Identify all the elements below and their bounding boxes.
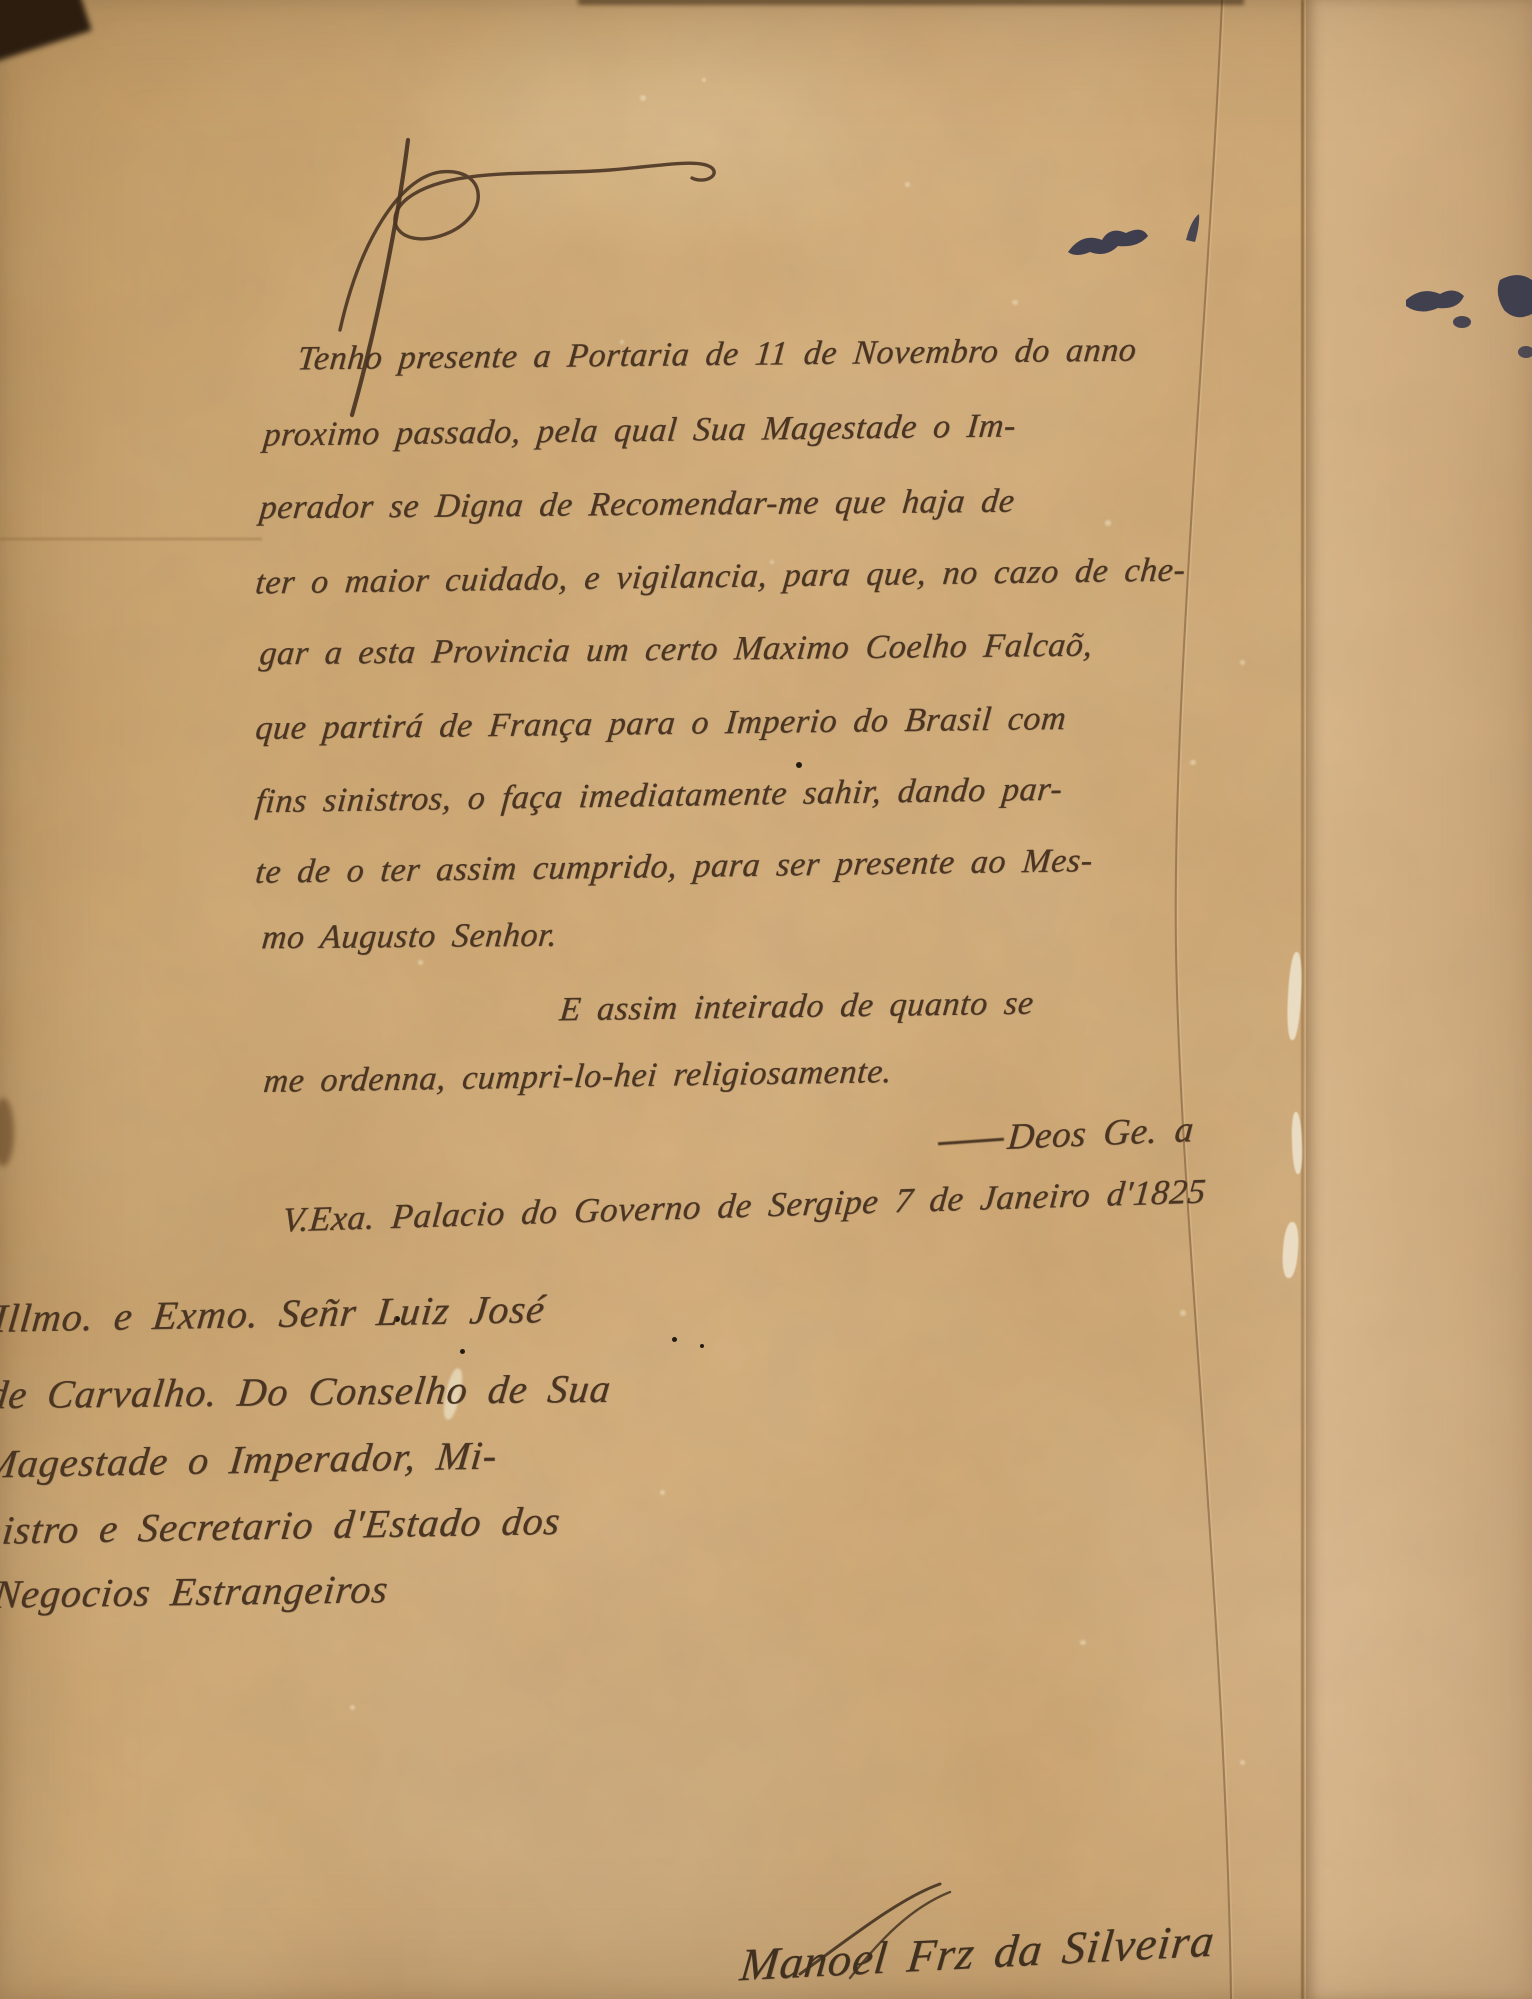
body-line: te de o ter assim cumprido, para ser pre…	[254, 842, 1095, 892]
body-line: proximo passado, pela qual Sua Magestade…	[262, 407, 1018, 454]
paper-speck	[905, 182, 910, 187]
paper-speck	[640, 95, 646, 101]
paper-speck	[1105, 520, 1111, 526]
ink-blot	[1068, 230, 1148, 255]
fold-crease-horizontal	[0, 538, 262, 540]
paper-speck	[660, 1490, 665, 1495]
address-line: nistro e Secretario d'Estado dos	[0, 1497, 563, 1554]
ink-speck	[700, 1344, 704, 1348]
paper-speck	[350, 1705, 355, 1710]
paper-speck	[1080, 1640, 1086, 1645]
signature: Manoel Frz da Silveira	[738, 1914, 1218, 1992]
torn-edge-highlight	[1281, 1222, 1300, 1279]
ink-speck	[672, 1337, 677, 1342]
paper-speck	[702, 78, 706, 82]
dateline: V.Exa. Palacio do Governo de Sergipe 7 d…	[281, 1172, 1208, 1241]
body-line: perador se Digna de Recomendar-me que ha…	[258, 483, 1017, 528]
closing-line: E assim inteirado de quanto se	[558, 985, 1035, 1030]
ink-speck	[796, 762, 802, 768]
ink-speck	[460, 1349, 465, 1354]
paper-speck	[1180, 1310, 1186, 1316]
body-line: fins sinistros, o faça imediatamente sah…	[254, 771, 1064, 822]
page-fold-edge	[1301, 0, 1304, 1999]
photo-corner-dark	[0, 0, 92, 62]
address-line: Illmo. e Exmo. Señr Luiz José	[0, 1285, 548, 1342]
paper-speck	[1190, 760, 1196, 765]
body-line: mo Augusto Senhor.	[260, 917, 559, 958]
paper-speck	[1012, 300, 1018, 305]
manuscript-page: Tenho presente a Portaria de 11 de Novem…	[0, 0, 1532, 1999]
adjacent-page-edge	[1306, 0, 1532, 1999]
page-top-edge-shadow	[578, 0, 1244, 5]
body-line: ter o maior cuidado, e vigilancia, para …	[254, 552, 1188, 603]
address-line: de Carvalho. Do Conselho de Sua	[0, 1365, 614, 1419]
paper-speck	[1240, 1760, 1245, 1765]
address-line: Negocios Estrangeiros	[0, 1565, 391, 1617]
ink-blot	[1186, 214, 1199, 242]
body-line: gar a esta Provincia um certo Maximo Coe…	[258, 627, 1095, 674]
address-line: Magestade o Imperador, Mi-	[0, 1432, 500, 1488]
body-line: Tenho presente a Portaria de 11 de Novem…	[296, 332, 1139, 379]
body-line: que partirá de França para o Imperio do …	[254, 700, 1068, 748]
pen-stroke	[938, 1138, 1004, 1146]
closing-line: me ordenna, cumpri-lo-hei religiosamente…	[262, 1053, 894, 1101]
paper-speck	[1240, 660, 1245, 665]
paper-speck	[418, 960, 423, 965]
valediction-line: Deos Ge. a	[1006, 1108, 1196, 1159]
opening-flourish	[280, 80, 760, 440]
edge-stain	[0, 1098, 14, 1166]
